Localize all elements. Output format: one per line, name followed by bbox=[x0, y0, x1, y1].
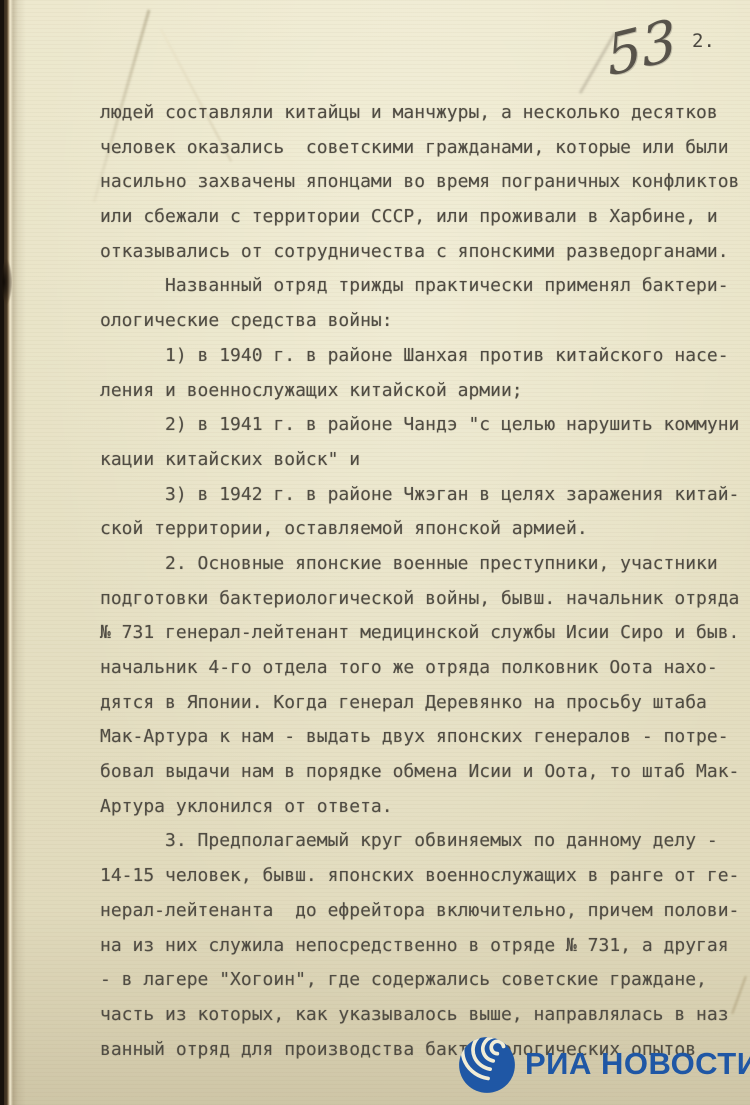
ria-novosti-watermark: РИА НОВОСТИ bbox=[456, 1032, 750, 1096]
text-line: людей составляли китайцы и манчжуры, а н… bbox=[100, 96, 750, 131]
page-left-edge bbox=[0, 0, 26, 1105]
text-line: кации китайских войск" и bbox=[100, 443, 750, 478]
typed-page-number: 2. bbox=[692, 30, 715, 52]
watermark-brand-text: РИА НОВОСТИ bbox=[525, 1046, 750, 1082]
text-line: 2) в 1941 г. в районе Чандэ "с целью нар… bbox=[100, 408, 750, 443]
page-edge-notch bbox=[2, 258, 12, 306]
text-line: 3. Предполагаемый круг обвиняемых по дан… bbox=[100, 824, 750, 859]
text-line: отказывались от сотрудничества с японски… bbox=[100, 235, 750, 270]
document-text: людей составляли китайцы и манчжуры, а н… bbox=[100, 96, 750, 1067]
text-line: № 731 генерал-лейтенант медицинской служ… bbox=[100, 616, 750, 651]
text-line: 14-15 человек, бывш. японских военнослуж… bbox=[100, 859, 750, 894]
text-line: человек оказались советскими гражданами,… bbox=[100, 131, 750, 166]
text-line: бовал выдачи нам в порядке обмена Исии и… bbox=[100, 755, 750, 790]
text-line: дятся в Японии. Когда генерал Деревянко … bbox=[100, 686, 750, 721]
text-line: ологические средства войны: bbox=[100, 304, 750, 339]
ria-globe-icon bbox=[456, 1033, 518, 1095]
text-line: Мак-Артура к нам - выдать двух японских … bbox=[100, 720, 750, 755]
text-line: 2. Основные японские военные преступники… bbox=[100, 547, 750, 582]
text-line: Артура уклонился от ответа. bbox=[100, 790, 750, 825]
text-line: 3) в 1942 г. в районе Чжэган в целях зар… bbox=[100, 478, 750, 513]
text-line: Названный отряд трижды практически приме… bbox=[100, 269, 750, 304]
text-line: - в лагере "Хогоин", где содержались сов… bbox=[100, 963, 750, 998]
text-line: 1) в 1940 г. в районе Шанхая против кита… bbox=[100, 339, 750, 374]
text-line: часть из которых, как указывалось выше, … bbox=[100, 998, 750, 1033]
text-line: нерал-лейтенанта до ефрейтора включитель… bbox=[100, 894, 750, 929]
text-line: ской территории, оставляемой японской ар… bbox=[100, 512, 750, 547]
text-line: ления и военнослужащих китайской армии; bbox=[100, 374, 750, 409]
text-line: подготовки бактериологической войны, быв… bbox=[100, 582, 750, 617]
text-line: начальник 4-го отдела того же отряда пол… bbox=[100, 651, 750, 686]
text-line: насильно захвачены японцами во время пог… bbox=[100, 165, 750, 200]
text-line: или сбежали с территории СССР, или прожи… bbox=[100, 200, 750, 235]
text-line: на из них служила непосредственно в отря… bbox=[100, 929, 750, 964]
handwritten-page-number: 53 bbox=[604, 7, 680, 90]
scanned-document-page: 53 2. людей составляли китайцы и манчжур… bbox=[0, 0, 750, 1105]
